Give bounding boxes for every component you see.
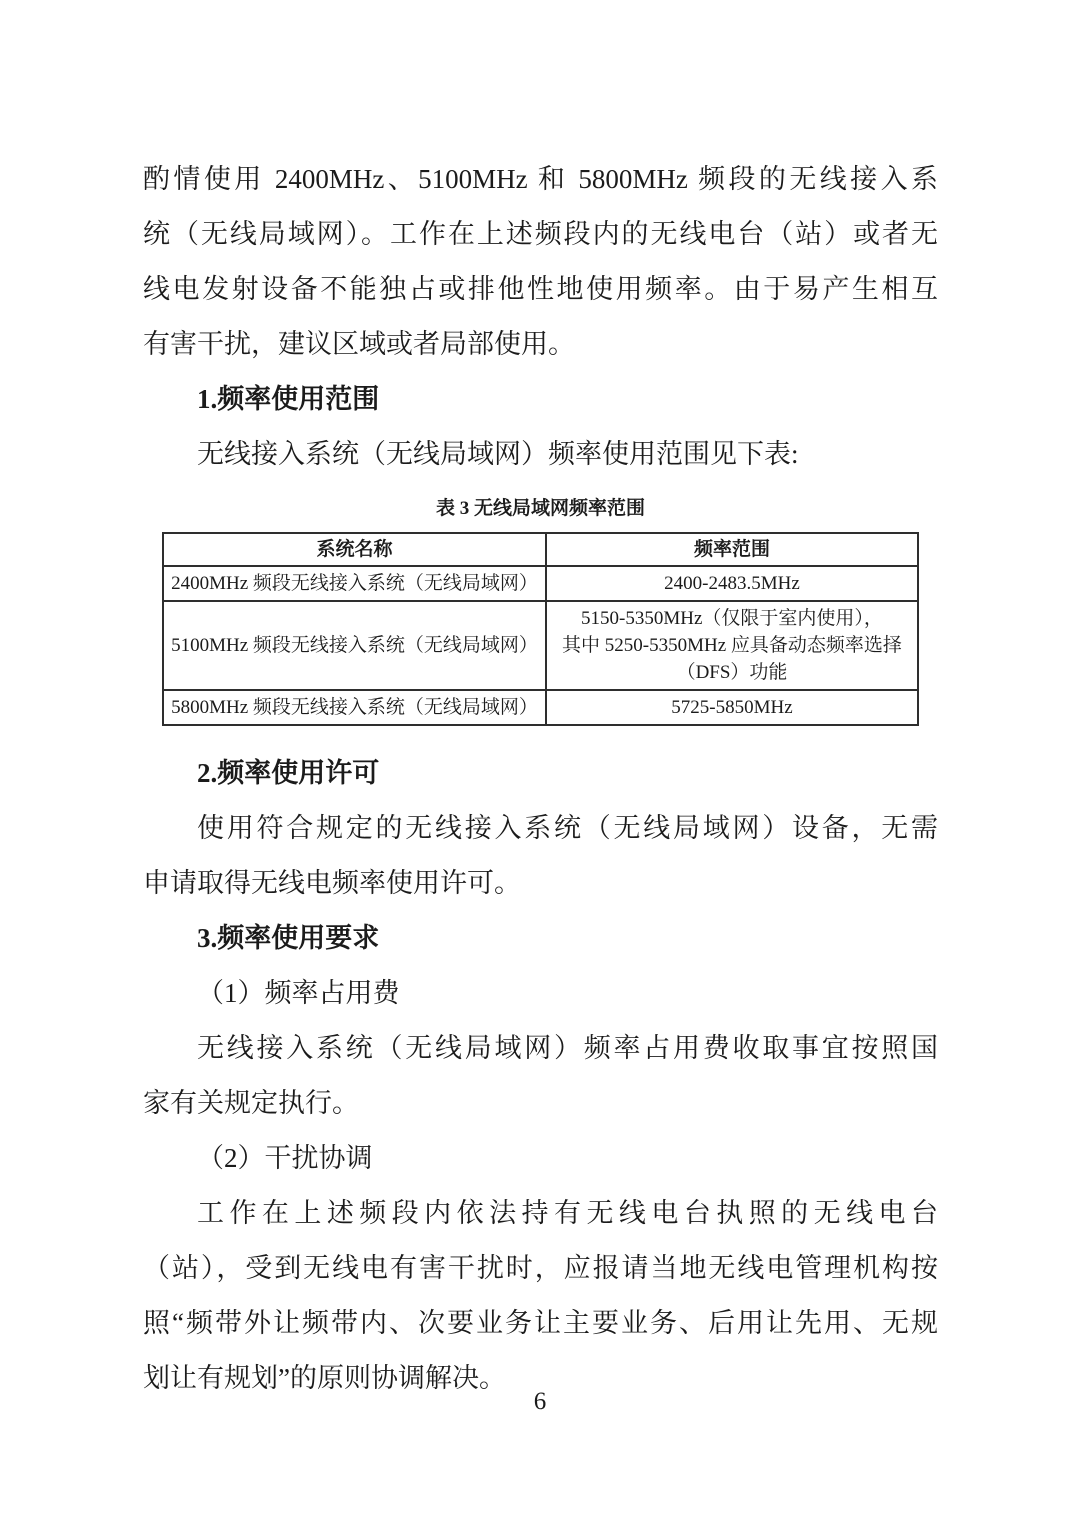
table-row: 5100MHz 频段无线接入系统（无线局域网） 5150-5350MHz（仅限于… xyxy=(163,601,918,690)
cell-range-5100-line: （DFS）功能 xyxy=(549,659,915,686)
section3-sub1-heading: （1）频率占用费 xyxy=(143,966,938,1021)
table-header-row: 系统名称 频率范围 xyxy=(163,533,918,566)
text-line: 线电发射设备不能独占或排他性地使用频率。由于易产生相互 xyxy=(143,262,938,317)
table-row: 2400MHz 频段无线接入系统（无线局域网） 2400-2483.5MHz xyxy=(163,566,918,601)
cell-system-2400: 2400MHz 频段无线接入系统（无线局域网） xyxy=(163,566,546,601)
frequency-range-table: 系统名称 频率范围 2400MHz 频段无线接入系统（无线局域网） 2400-2… xyxy=(162,532,919,726)
section3-sub2-paragraph: 工作在上述频段内依法持有无线电台执照的无线电台 （站），受到无线电有害干扰时，应… xyxy=(143,1186,938,1406)
paragraph-intro: 酌情使用 2400MHz、5100MHz 和 5800MHz 频段的无线接入系 … xyxy=(143,152,938,372)
section2-paragraph: 使用符合规定的无线接入系统（无线局域网）设备，无需 申请取得无线电频率使用许可。 xyxy=(143,801,938,911)
cell-range-5800: 5725-5850MHz xyxy=(546,690,918,725)
text-line: （站），受到无线电有害干扰时，应报请当地无线电管理机构按 xyxy=(143,1241,938,1296)
section1-intro: 无线接入系统（无线局域网）频率使用范围见下表: xyxy=(143,427,938,482)
text-line: 有害干扰，建议区域或者局部使用。 xyxy=(143,317,938,372)
text-line: 照“频带外让频带内、次要业务让主要业务、后用让先用、无规 xyxy=(143,1296,938,1351)
table-header-system: 系统名称 xyxy=(163,533,546,566)
text-line: 统（无线局域网）。工作在上述频段内的无线电台（站）或者无 xyxy=(143,207,938,262)
text-line: 家有关规定执行。 xyxy=(143,1076,938,1131)
cell-range-5100: 5150-5350MHz（仅限于室内使用）， 其中 5250-5350MHz 应… xyxy=(546,601,918,690)
cell-range-5100-line: 其中 5250-5350MHz 应具备动态频率选择 xyxy=(549,632,915,659)
document-page: 酌情使用 2400MHz、5100MHz 和 5800MHz 频段的无线接入系 … xyxy=(0,0,1080,1527)
table-header-range: 频率范围 xyxy=(546,533,918,566)
cell-range-5100-line: 5150-5350MHz（仅限于室内使用）， xyxy=(549,605,915,632)
cell-system-5800: 5800MHz 频段无线接入系统（无线局域网） xyxy=(163,690,546,725)
table-row: 5800MHz 频段无线接入系统（无线局域网） 5725-5850MHz xyxy=(163,690,918,725)
cell-system-5100: 5100MHz 频段无线接入系统（无线局域网） xyxy=(163,601,546,690)
cell-range-2400: 2400-2483.5MHz xyxy=(546,566,918,601)
section1-heading: 1.频率使用范围 xyxy=(143,372,938,427)
text-line: 使用符合规定的无线接入系统（无线局域网）设备，无需 xyxy=(143,801,938,856)
table-caption: 表 3 无线局域网频率范围 xyxy=(143,494,938,524)
text-line: 申请取得无线电频率使用许可。 xyxy=(143,856,938,911)
text-line: 酌情使用 2400MHz、5100MHz 和 5800MHz 频段的无线接入系 xyxy=(143,152,938,207)
section3-sub1-paragraph: 无线接入系统（无线局域网）频率占用费收取事宜按照国 家有关规定执行。 xyxy=(143,1021,938,1131)
text-line: 无线接入系统（无线局域网）频率占用费收取事宜按照国 xyxy=(143,1021,938,1076)
section2-heading: 2.频率使用许可 xyxy=(143,746,938,801)
document-body: 酌情使用 2400MHz、5100MHz 和 5800MHz 频段的无线接入系 … xyxy=(143,152,938,1406)
section3-heading: 3.频率使用要求 xyxy=(143,911,938,966)
page-number: 6 xyxy=(0,1388,1080,1416)
text-line: 工作在上述频段内依法持有无线电台执照的无线电台 xyxy=(143,1186,938,1241)
section3-sub2-heading: （2）干扰协调 xyxy=(143,1131,938,1186)
